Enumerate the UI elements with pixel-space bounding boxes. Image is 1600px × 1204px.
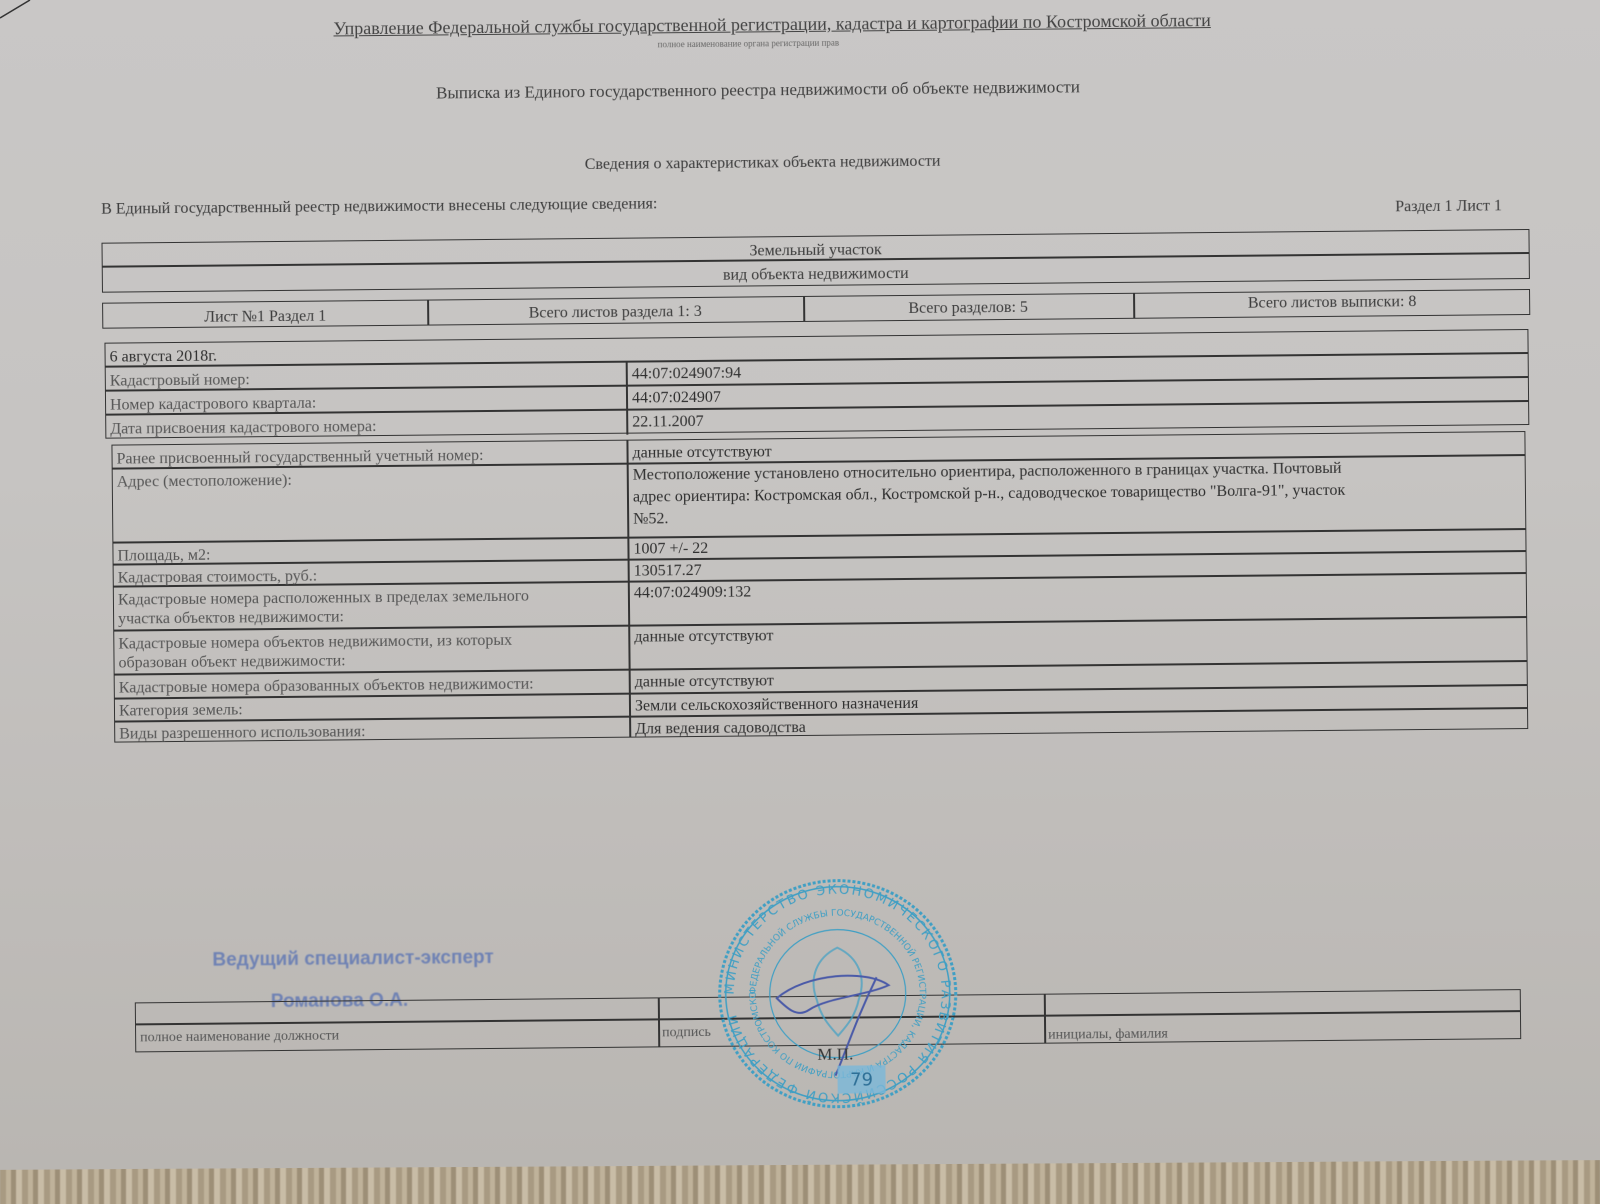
previous-number-value: данные отсутствуют [628,441,775,463]
position-stamp: Ведущий специалист-эксперт [212,947,494,972]
land-category-label: Категория земель: [115,699,247,721]
previous-number-label: Ранее присвоенный государственный учетны… [112,445,487,470]
cadastral-quarter-value: 44:07:024907 [628,387,725,409]
formed-objects-label: Кадастровые номера образованных объектов… [115,674,538,699]
position-caption: полное наименование должности [136,1025,343,1048]
cadastral-table: 6 августа 2018г. Кадастровый номер: 44:0… [104,329,1529,439]
total-sections: Всего разделов: 5 [803,296,1133,320]
seal-mark: М.П. [817,1045,853,1064]
official-seal: МИНИСТЕРСТВО ЭКОНОМИЧЕСКОГО РАЗВИТИЯ РОС… [716,877,960,1111]
assignment-date-label: Дата присвоения кадастрового номера: [106,416,380,440]
address-label: Адрес (местоположение): [113,470,296,493]
land-category-value: Земли сельскохозяйственного назначения [631,693,923,717]
sheet-info-table: Лист №1 Раздел 1 Всего листов раздела 1:… [102,289,1530,329]
document: Управление Федеральной службы государств… [0,0,1600,1204]
permitted-use-label: Виды разрешенного использования: [115,721,369,744]
contained-objects-value: 44:07:024909:132 [630,581,756,603]
extract-date: 6 августа 2018г. [105,346,221,368]
source-objects-label-2: образован объект недвижимости: [114,650,349,673]
area-label: Площадь, м2: [113,545,214,567]
name-caption: инициалы, фамилия [1044,1023,1172,1045]
assignment-date-value: 22.11.2007 [628,411,708,433]
cadastral-quarter-label: Номер кадастрового квартала: [106,393,320,416]
formed-objects-value: данные отсутствуют [631,670,778,692]
permitted-use-value: Для ведения садоводства [631,717,810,740]
cadastral-number-value: 44:07:024907:94 [628,363,746,385]
source-objects-value: данные отсутствуют [630,625,777,647]
cadastral-value-label: Кадастровая стоимость, руб.: [114,566,322,589]
total-sheets-section: Всего листов раздела 1: 3 [427,300,803,325]
document-title: Выписка из Единого государственного реес… [436,77,1080,103]
seal-icon: МИНИСТЕРСТВО ЭКОНОМИЧЕСКОГО РАЗВИТИЯ РОС… [716,877,960,1111]
total-sheets-extract: Всего листов выписки: 8 [1133,290,1531,315]
organization-caption: полное наименование органа регистрации п… [658,38,840,50]
intro-text: В Единый государственный реестр недвижим… [101,195,657,218]
contained-objects-label-2: участка объектов недвижимости: [114,606,348,629]
signature-caption: подпись [658,1022,715,1044]
object-type-table: Земельный участок вид объекта недвижимос… [101,229,1529,293]
properties-table: Ранее присвоенный государственный учетны… [111,431,1528,743]
section-sheet-label: Раздел 1 Лист 1 [1395,197,1502,216]
address-line-3: №52. [629,508,672,529]
area-value: 1007 +/- 22 [629,538,712,560]
seal-number: 79 [850,1069,873,1090]
cadastral-value-amount: 130517.27 [630,560,706,582]
sheet-number: Лист №1 Раздел 1 [103,305,427,329]
cadastral-number-label: Кадастровый номер: [106,369,254,391]
organization-name: Управление Федеральной службы государств… [333,10,1211,39]
section-title: Сведения о характеристиках объекта недви… [585,153,941,174]
